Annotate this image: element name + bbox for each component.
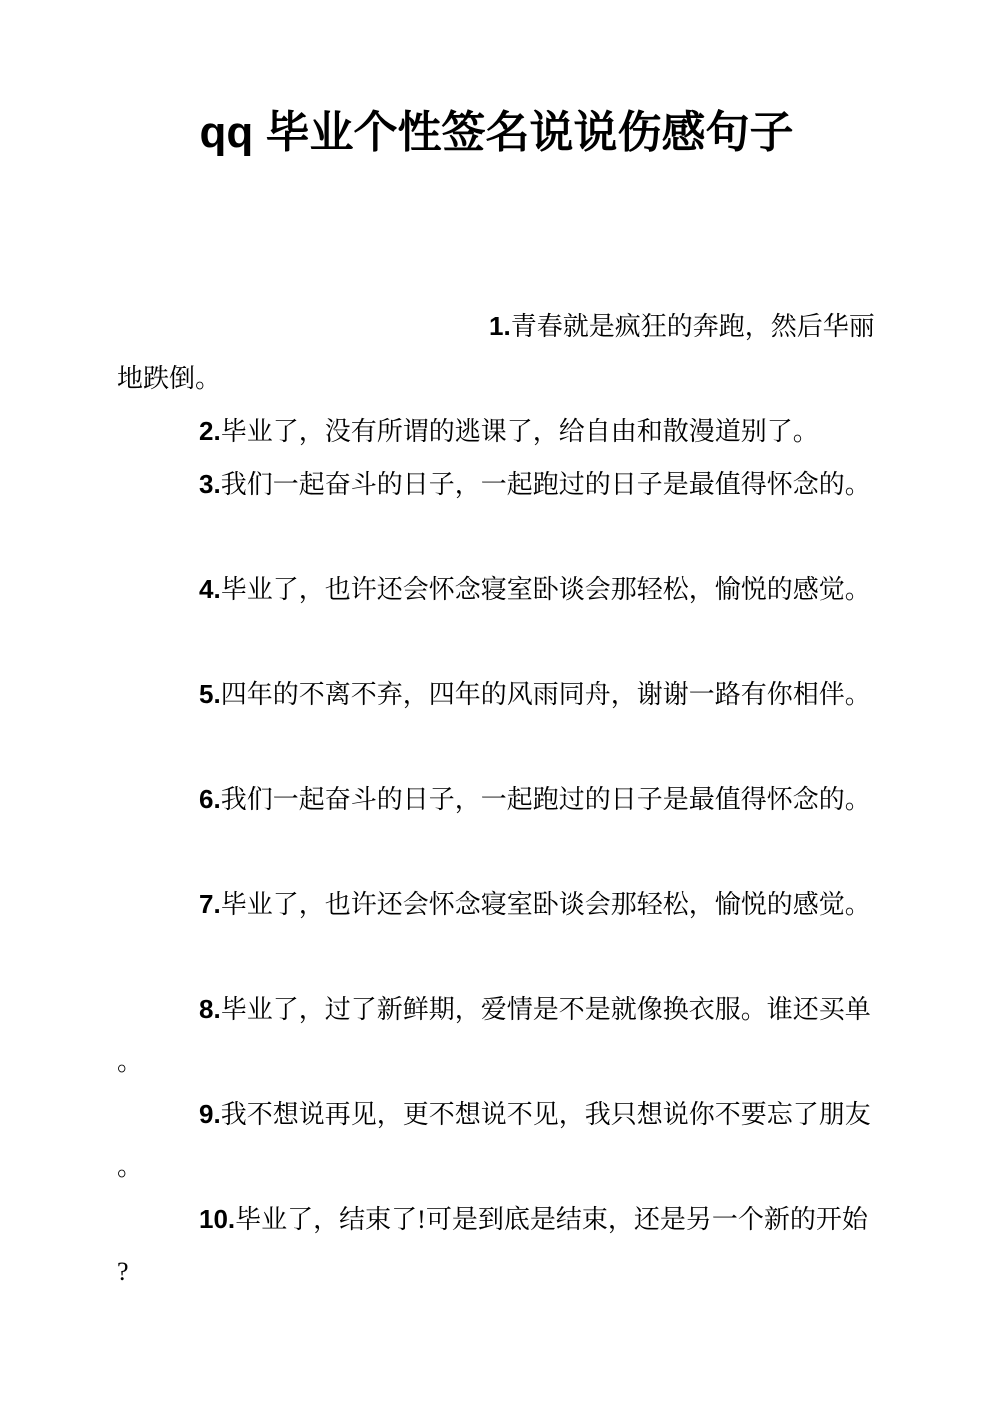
item-number: 2. xyxy=(199,416,221,446)
document-page: qq 毕业个性签名说说伤感句子 1.青春就是疯狂的奔跑，然后华丽地跌倒。 2.毕… xyxy=(0,0,993,1404)
item-text: 毕业了，过了新鲜期，爱情是不是就像换衣服。谁还买单。 xyxy=(117,995,871,1076)
document-title: qq 毕业个性签名说说伤感句子 xyxy=(0,108,993,158)
sentence-item: 5.四年的不离不弃，四年的风雨同舟，谢谢一路有你相伴。 xyxy=(117,668,879,721)
sentence-item: 1.青春就是疯狂的奔跑，然后华丽地跌倒。 xyxy=(117,300,879,405)
item-number: 10. xyxy=(199,1204,235,1234)
item-text: 我不想说再见，更不想说不见，我只想说你不要忘了朋友。 xyxy=(117,1100,871,1181)
item-text: 四年的不离不弃，四年的风雨同舟，谢谢一路有你相伴。 xyxy=(221,680,871,709)
item-text: 毕业了，没有所谓的逃课了，给自由和散漫道别了。 xyxy=(221,417,819,446)
item-text: 我们一起奋斗的日子，一起跑过的日子是最值得怀念的。 xyxy=(221,785,871,814)
item-number: 7. xyxy=(199,889,221,919)
item-text: 我们一起奋斗的日子，一起跑过的日子是最值得怀念的。 xyxy=(221,470,871,499)
sentence-item: 4.毕业了，也许还会怀念寝室卧谈会那轻松，愉悦的感觉。 xyxy=(117,563,879,616)
item-number: 1. xyxy=(489,311,511,341)
sentence-item: 6.我们一起奋斗的日子，一起跑过的日子是最值得怀念的。 xyxy=(117,773,879,826)
item-number: 9. xyxy=(199,1099,221,1129)
document-body: 1.青春就是疯狂的奔跑，然后华丽地跌倒。 2.毕业了，没有所谓的逃课了，给自由和… xyxy=(0,300,993,1298)
item-number: 5. xyxy=(199,679,221,709)
item-number: 6. xyxy=(199,784,221,814)
item-number: 3. xyxy=(199,469,221,499)
sentence-item: 9.我不想说再见，更不想说不见，我只想说你不要忘了朋友。 xyxy=(117,1088,879,1193)
sentence-item: 7.毕业了，也许还会怀念寝室卧谈会那轻松，愉悦的感觉。 xyxy=(117,878,879,931)
sentence-item: 10.毕业了，结束了!可是到底是结束，还是另一个新的开始? xyxy=(117,1193,879,1298)
sentence-item: 3.我们一起奋斗的日子，一起跑过的日子是最值得怀念的。 xyxy=(117,458,879,511)
item-text: 毕业了，也许还会怀念寝室卧谈会那轻松，愉悦的感觉。 xyxy=(221,890,871,919)
item-text: 毕业了，也许还会怀念寝室卧谈会那轻松，愉悦的感觉。 xyxy=(221,575,871,604)
item-number: 8. xyxy=(199,994,221,1024)
sentence-item: 2.毕业了，没有所谓的逃课了，给自由和散漫道别了。 xyxy=(117,405,879,458)
item-number: 4. xyxy=(199,574,221,604)
sentence-item: 8.毕业了，过了新鲜期，爱情是不是就像换衣服。谁还买单。 xyxy=(117,983,879,1088)
